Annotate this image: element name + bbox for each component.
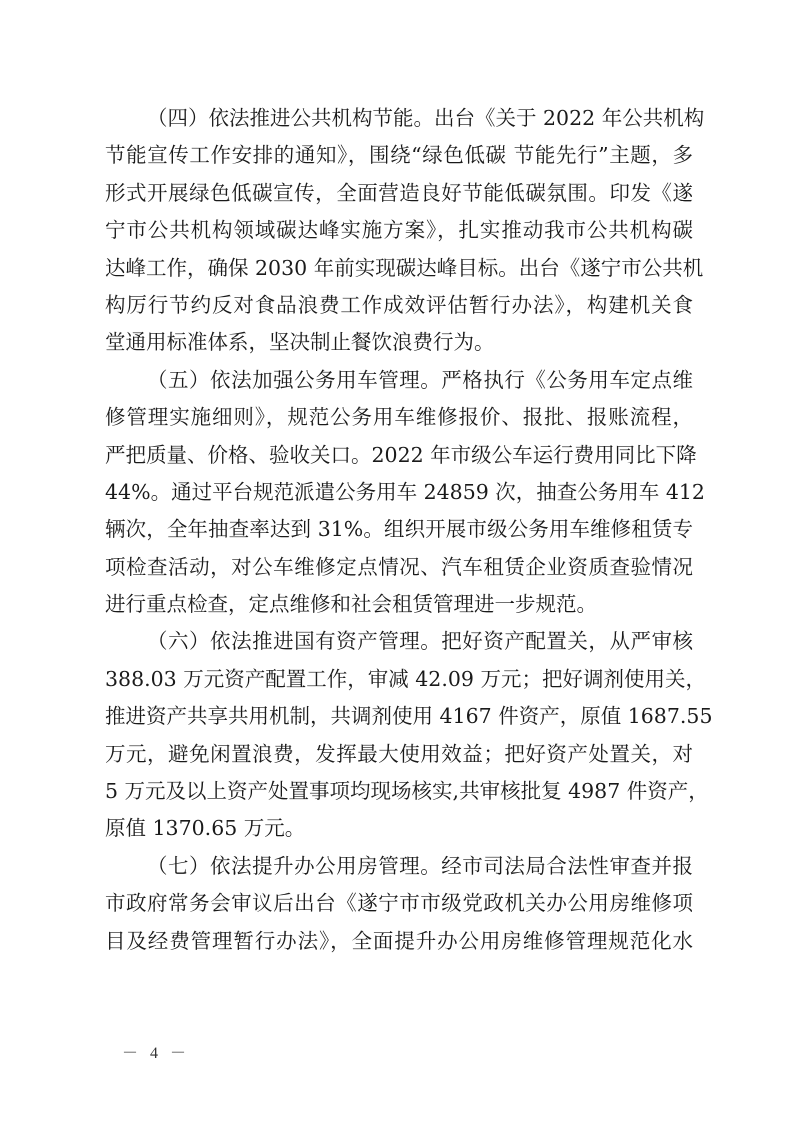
text-line: 目及经费管理暂行办法》，全面提升办公用房维修管理规范化水: [105, 923, 693, 960]
text-line: 修管理实施细则》，规范公务用车维修报价、报批、报账流程，: [105, 399, 693, 436]
text-line: 5 万元及以上资产处置事项均现场核实,共审核批复 4987 件资产，: [105, 773, 693, 810]
text-line: 原值 1370.65 万元。: [105, 810, 693, 847]
document-page: （四）依法推进公共机构节能。出台《关于 2022 年公共机构 节能宣传工作安排的…: [105, 100, 693, 960]
paragraph-official-vehicle-management: （五）依法加强公务用车管理。严格执行《公务用车定点维 修管理实施细则》，规范公务…: [105, 362, 693, 624]
page-number: － 4 －: [122, 1040, 190, 1063]
text-line: 达峰工作，确保 2030 年前实现碳达峰目标。出台《遂宁市公共机: [105, 250, 693, 287]
text-line: 进行重点检查，定点维修和社会租赁管理进一步规范。: [105, 586, 693, 623]
text-line: 构厉行节约反对食品浪费工作成效评估暂行办法》，构建机关食: [105, 287, 693, 324]
text-line: 严把质量、价格、验收关口。2022 年市级公车运行费用同比下降: [105, 437, 693, 474]
text-line: 44%。通过平台规范派遣公务用车 24859 次，抽查公务用车 412: [105, 474, 693, 511]
text-line: 宁市公共机构领域碳达峰实施方案》，扎实推动我市公共机构碳: [105, 212, 693, 249]
paragraph-public-institution-energy: （四）依法推进公共机构节能。出台《关于 2022 年公共机构 节能宣传工作安排的…: [105, 100, 693, 362]
text-line: 堂通用标准体系，坚决制止餐饮浪费行为。: [105, 324, 693, 361]
text-line: （六）依法推进国有资产管理。把好资产配置关，从严审核: [105, 623, 693, 660]
text-line: （四）依法推进公共机构节能。出台《关于 2022 年公共机构: [105, 100, 693, 137]
text-line: 万元，避免闲置浪费，发挥最大使用效益；把好资产处置关，对: [105, 736, 693, 773]
text-line: 市政府常务会审议后出台《遂宁市市级党政机关办公用房维修项: [105, 885, 693, 922]
text-line: 形式开展绿色低碳宣传，全面营造良好节能低碳氛围。印发《遂: [105, 175, 693, 212]
text-line: （五）依法加强公务用车管理。严格执行《公务用车定点维: [105, 362, 693, 399]
text-line: 辆次，全年抽查率达到 31%。组织开展市级公务用车维修租赁专: [105, 511, 693, 548]
text-line: 节能宣传工作安排的通知》，围绕“绿色低碳 节能先行”主题，多: [105, 137, 693, 174]
text-line: 388.03 万元资产配置工作，审减 42.09 万元；把好调剂使用关，: [105, 661, 693, 698]
text-line: 推进资产共享共用机制，共调剂使用 4167 件资产，原值 1687.55: [105, 698, 693, 735]
paragraph-state-assets-management: （六）依法推进国有资产管理。把好资产配置关，从严审核 388.03 万元资产配置…: [105, 623, 693, 847]
paragraph-office-space-management: （七）依法提升办公用房管理。经市司法局合法性审查并报 市政府常务会审议后出台《遂…: [105, 848, 693, 960]
text-line: （七）依法提升办公用房管理。经市司法局合法性审查并报: [105, 848, 693, 885]
text-line: 项检查活动，对公车维修定点情况、汽车租赁企业资质查验情况: [105, 549, 693, 586]
